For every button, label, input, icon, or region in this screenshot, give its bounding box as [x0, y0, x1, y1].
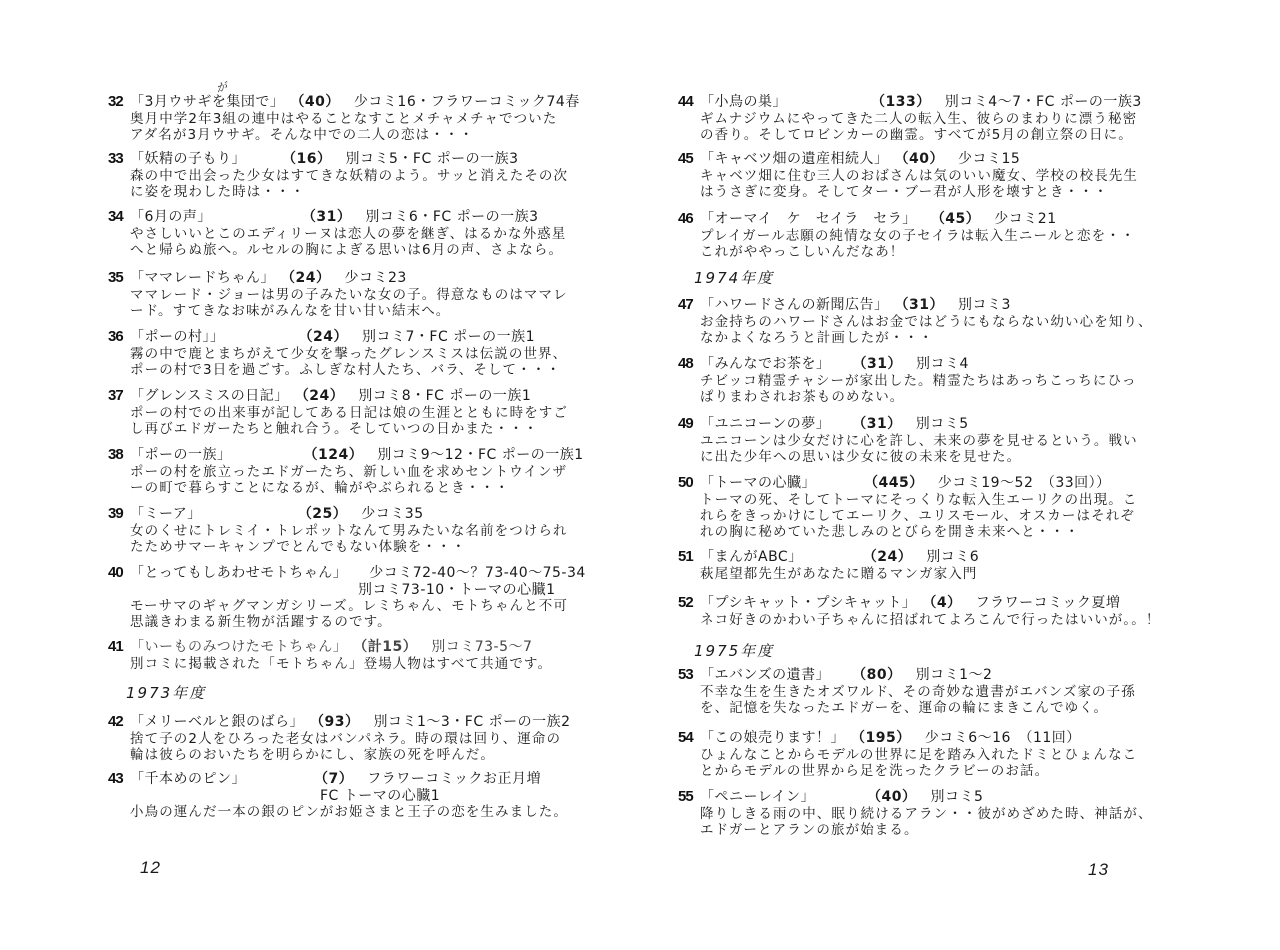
entry-title: 「3月ウサギを集団で」 [130, 93, 284, 111]
year-heading-1975: 1975年度 [694, 640, 774, 661]
entry-title: 「ユニコーンの夢」 [700, 415, 830, 433]
entry-title: 「エバンズの遺書」 [700, 666, 830, 684]
entry-number: 35 [108, 269, 130, 287]
entry-pages: （24） [299, 328, 348, 346]
entry-pages: （31） [852, 415, 901, 433]
entry-number: 55 [678, 788, 700, 806]
entry-description: ポーの村を旅立ったエドガーたち、新しい血を求めセントウインザ ーの町で暮らすこと… [108, 464, 608, 496]
entry-number: 48 [678, 355, 700, 373]
entry-number: 51 [678, 548, 700, 566]
left-page: が 32 「3月ウサギを集団で」 （40） 少コミ16・フラワーコミック74春 … [0, 0, 640, 950]
entry-publication: 少コミ16・フラワーコミック74春 [354, 93, 580, 111]
entry-52: 52 「プシキャット・プシキャット」 （4） フラワーコミック夏増 ネコ好きのか… [678, 594, 1178, 628]
entry-description: 萩尾望都先生があなたに贈るマンガ家入門 [678, 566, 1178, 582]
entry-54: 54 「この娘売ります！」 （195） 少コミ6〜16 （11回） ひょんなこと… [678, 729, 1178, 779]
entry-pages: （445） [864, 474, 924, 492]
entry-number: 34 [108, 208, 130, 226]
entry-publication: 少コミ21 [994, 210, 1056, 228]
entry-title: 「いーものみつけたモトちゃん」 [130, 638, 347, 656]
entry-47: 47 「ハワードさんの新聞広告」 （31） 別コミ3 お金持ちのハワードさんはお… [678, 296, 1178, 346]
entry-35: 35 「ママレードちゃん」 （24） 少コミ23 ママレード・ジョーは男の子みた… [108, 269, 608, 319]
entry-title: 「千本めのピン」 [130, 770, 246, 788]
entry-title: 「この娘売ります！」 [700, 729, 845, 747]
page-number: 12 [140, 858, 161, 878]
entry-34: 34 「6月の声」 （31） 別コミ6・FC ポーの一族3 やさしいいとこのエデ… [108, 208, 608, 258]
entry-description: ママレード・ジョーは男の子みたいな女の子。得意なものはママレ ード。すてきなお味… [108, 287, 608, 319]
entry-publication: 別コミ1〜3・FC ポーの一族2 [373, 713, 570, 731]
entry-pages: （24） [295, 387, 344, 405]
entry-description: 不幸な生を生きたオズワルド、その奇妙な遺書がエバンズ家の子孫 を、記憶を失なった… [678, 684, 1178, 716]
entry-title: 「ペニーレイン」 [700, 788, 815, 806]
entry-description: 霧の中で鹿とまちがえて少女を撃ったグレンスミスは伝説の世界、 ポーの村で3日を過… [108, 346, 608, 378]
entry-pages: （124） [304, 446, 364, 464]
entry-pages: （31） [853, 355, 902, 373]
entry-55: 55 「ペニーレイン」 （40） 別コミ5 降りしきる雨の中、眠り続けるアラン・… [678, 788, 1178, 838]
entry-publication: 別コミ1〜2 [916, 666, 993, 684]
entry-pages: （16） [282, 150, 331, 168]
entry-number: 33 [108, 150, 130, 168]
entry-description: ひょんなことからモデルの世界に足を踏み入れたドミとひょんなこ とからモデルの世界… [678, 747, 1178, 779]
entry-pages: （31） [302, 208, 351, 226]
entry-pages: （24） [863, 548, 912, 566]
entry-title: 「とってもしあわせモトちゃん」 [130, 564, 347, 582]
entry-title: 「トーマの心臓」 [700, 474, 816, 492]
entry-48: 48 「みんなでお茶を」 （31） 別コミ4 チビッコ精霊チャシーが家出した。精… [678, 355, 1178, 405]
entry-publication: 少コミ6〜16 （11回） [925, 729, 1081, 747]
entry-number: 37 [108, 387, 130, 405]
entry-description: 森の中で出会った少女はすてきな妖精のよう。サッと消えたその次 に姿を現わした時は… [108, 168, 608, 200]
entry-description: 捨て子の2人をひろった老女はバンパネラ。時の環は回り、運命の 輪は彼らのおいたち… [108, 731, 608, 763]
entry-45: 45 「キャベツ畑の遺産相続人」 （40） 少コミ15 キャベツ畑に住む三人のお… [678, 150, 1178, 200]
entry-description: トーマの死、そしてトーマにそっくりな転入生エーリクの出現。こ れらをきっかけにし… [678, 492, 1178, 540]
entry-40: 40 「とってもしあわせモトちゃん」 少コミ72-40〜？73-40〜75-34… [108, 564, 608, 630]
entry-number: 54 [678, 729, 700, 747]
entry-number: 50 [678, 474, 700, 492]
entry-number: 40 [108, 564, 130, 582]
entry-number: 32 [108, 93, 130, 111]
entry-pages: （24） [281, 269, 330, 287]
entry-36: 36 「ポーの村」」 （24） 別コミ7・FC ポーの一族1 霧の中で鹿とまちが… [108, 328, 608, 378]
entry-number: 43 [108, 770, 130, 788]
entry-pages: （40） [895, 150, 944, 168]
entry-pages: （133） [871, 93, 931, 111]
entry-title: 「ハワードさんの新聞広告」 [700, 296, 889, 314]
entry-publication: 少コミ72-40〜？73-40〜75-34 [369, 564, 586, 582]
entry-pages: （195） [851, 729, 911, 747]
entry-publication: 別コミ3 [958, 296, 1011, 314]
entry-49: 49 「ユニコーンの夢」 （31） 別コミ5 ユニコーンは少女だけに心を許し、未… [678, 415, 1178, 465]
entry-description: ネコ好きのかわい子ちゃんに招ばれてよろこんで行ったはいいが。。！ [678, 612, 1178, 628]
entry-publication: フラワーコミックお正月増 [367, 770, 541, 788]
entry-pages: （25） [298, 505, 347, 523]
entry-title: 「ポーの村」」 [130, 328, 225, 346]
entry-title: 「まんがABC」 [700, 548, 803, 566]
entry-number: 42 [108, 713, 130, 731]
entry-publication-continued: 別コミ73-10・トーマの心臓1 [108, 582, 608, 598]
entry-description: ポーの村での出来事が記してある日記は娘の生涯とともに時をすご し再びエドガーたち… [108, 405, 608, 437]
entry-description: 別コミに掲載された「モトちゃん」登場人物はすべて共通です。 [108, 656, 608, 672]
entry-51: 51 「まんがABC」 （24） 別コミ6 萩尾望都先生があなたに贈るマンガ家入… [678, 548, 1178, 582]
entry-description: キャベツ畑に住む三人のおばさんは気のいい魔女、学校の校長先生 はうさぎに変身。そ… [678, 168, 1178, 200]
entry-description: プレイガール志願の純情な女の子セイラは転入生ニールと恋を・・ これがややっこしい… [678, 228, 1178, 260]
entry-publication: 別コミ9〜12・FC ポーの一族1 [377, 446, 583, 464]
entry-number: 38 [108, 446, 130, 464]
entry-39: 39 「ミーア」 （25） 少コミ35 女のくせにトレミイ・トレポットなんて男み… [108, 505, 608, 555]
entry-pages: （45） [931, 210, 980, 228]
entry-42: 42 「メリーベルと銀のばら」 （93） 別コミ1〜3・FC ポーの一族2 捨て… [108, 713, 608, 763]
entry-publication: 別コミ6 [926, 548, 979, 566]
entry-pages: （93） [310, 713, 359, 731]
entry-number: 45 [678, 150, 700, 168]
entry-32: が 32 「3月ウサギを集団で」 （40） 少コミ16・フラワーコミック74春 … [108, 93, 608, 143]
entry-41: 41 「いーものみつけたモトちゃん」 （計15） 別コミ73-5〜7 別コミに掲… [108, 638, 608, 672]
entry-description: モーサマのギャグマンガシリーズ。レミちゃん、モトちゃんと不可 思議きわまる新生物… [108, 598, 608, 630]
entry-title: 「ママレードちゃん」 [130, 269, 275, 287]
entry-description: ギムナジウムにやってきた二人の転入生、彼らのまわりに漂う秘密 の香り。そしてロビ… [678, 111, 1178, 143]
entry-title: 「オーマイ ケ セイラ セラ」 [700, 210, 917, 228]
year-heading-1974: 1974年度 [694, 267, 774, 288]
entry-number: 41 [108, 638, 130, 656]
entry-pages: （4） [922, 594, 961, 612]
entry-50: 50 「トーマの心臓」 （445） 少コミ19〜52 （33回）） トーマの死、… [678, 474, 1178, 540]
entry-title: 「小鳥の巣」 [700, 93, 787, 111]
entry-description: 降りしきる雨の中、眠り続けるアラン・・彼がめざめた時、神話が、 エドガーとアラン… [678, 806, 1178, 838]
entry-publication: 別コミ4〜7・FC ポーの一族3 [945, 93, 1142, 111]
entry-publication: 別コミ5・FC ポーの一族3 [345, 150, 518, 168]
entry-pages: （80） [852, 666, 901, 684]
entry-publication: 少コミ19〜52 （33回）） [938, 474, 1111, 492]
entry-publication: 別コミ4 [916, 355, 969, 373]
right-page: 44 「小鳥の巣」 （133） 別コミ4〜7・FC ポーの一族3 ギムナジウムに… [640, 0, 1280, 950]
entry-description: 奥月中学2年3組の連中はやることなすことメチャメチャでついた アダ名が3月ウサギ… [108, 111, 608, 143]
entry-title: 「ポーの一族」 [130, 446, 232, 464]
entry-description: 小鳥の運んだ一本の銀のピンがお姫さまと王子の恋を生みました。 [108, 804, 608, 820]
entry-number: 36 [108, 328, 130, 346]
entry-description: 女のくせにトレミイ・トレポットなんて男みたいな名前をつけられ たためサマーキャン… [108, 523, 608, 555]
entry-title: 「キャベツ畑の遺産相続人」 [700, 150, 889, 168]
entry-title: 「メリーベルと銀のばら」 [130, 713, 304, 731]
entry-publication: 別コミ5 [931, 788, 984, 806]
entry-number: 39 [108, 505, 130, 523]
entry-number: 47 [678, 296, 700, 314]
entry-number: 46 [678, 210, 700, 228]
entry-44: 44 「小鳥の巣」 （133） 別コミ4〜7・FC ポーの一族3 ギムナジウムに… [678, 93, 1178, 143]
entry-publication: 別コミ73-5〜7 [431, 638, 532, 656]
entry-publication: 別コミ8・FC ポーの一族1 [358, 387, 531, 405]
entry-title: 「妖精の子もり」 [130, 150, 246, 168]
entry-pages: （40） [290, 93, 339, 111]
entry-38: 38 「ポーの一族」 （124） 別コミ9〜12・FC ポーの一族1 ポーの村を… [108, 446, 608, 496]
entry-33: 33 「妖精の子もり」 （16） 別コミ5・FC ポーの一族3 森の中で出会った… [108, 150, 608, 200]
entry-publication-continued: FC トーマの心臓1 [108, 788, 608, 804]
entry-publication: 少コミ35 [361, 505, 423, 523]
entry-description: お金持ちのハワードさんはお金ではどうにもならない幼い心を知り、 なかよくなろうと… [678, 314, 1178, 346]
entry-37: 37 「グレンスミスの日記」 （24） 別コミ8・FC ポーの一族1 ポーの村で… [108, 387, 608, 437]
entry-number: 53 [678, 666, 700, 684]
page-number: 13 [1088, 860, 1109, 880]
entry-number: 52 [678, 594, 700, 612]
entry-number: 49 [678, 415, 700, 433]
entry-title: 「プシキャット・プシキャット」 [700, 594, 916, 612]
entry-publication: 別コミ7・FC ポーの一族1 [362, 328, 535, 346]
entry-title: 「みんなでお茶を」 [700, 355, 831, 373]
entry-publication: 別コミ5 [916, 415, 969, 433]
year-heading-1973: 1973年度 [126, 682, 206, 703]
entry-pages: （31） [895, 296, 944, 314]
entry-pages: （7） [314, 770, 353, 788]
entry-publication: 少コミ15 [958, 150, 1020, 168]
entry-description: ユニコーンは少女だけに心を許し、未来の夢を見せるという。戦い に出た少年への思い… [678, 433, 1178, 465]
entry-title: 「ミーア」 [130, 505, 202, 523]
entry-publication: 別コミ6・FC ポーの一族3 [365, 208, 538, 226]
entry-publication: 少コミ23 [344, 269, 406, 287]
entry-description: チビッコ精霊チャシーが家出した。精霊たちはあっちこっちにひっ ぱりまわされお茶も… [678, 373, 1178, 405]
entry-number: 44 [678, 93, 700, 111]
entry-43: 43 「千本めのピン」 （7） フラワーコミックお正月増 FC トーマの心臓1 … [108, 770, 608, 820]
entry-pages: （40） [867, 788, 916, 806]
entry-title: 「6月の声」 [130, 208, 212, 226]
entry-46: 46 「オーマイ ケ セイラ セラ」 （45） 少コミ21 プレイガール志願の純… [678, 210, 1178, 260]
entry-53: 53 「エバンズの遺書」 （80） 別コミ1〜2 不幸な生を生きたオズワルド、そ… [678, 666, 1178, 716]
entry-publication: フラワーコミック夏増 [976, 594, 1121, 612]
entry-title: 「グレンスミスの日記」 [130, 387, 289, 405]
entry-description: やさしいいとこのエディリーヌは恋人の夢を継ぎ、はるかな外惑星 へと帰らぬ旅へ。ル… [108, 226, 608, 258]
entry-pages: （計15） [353, 638, 417, 656]
